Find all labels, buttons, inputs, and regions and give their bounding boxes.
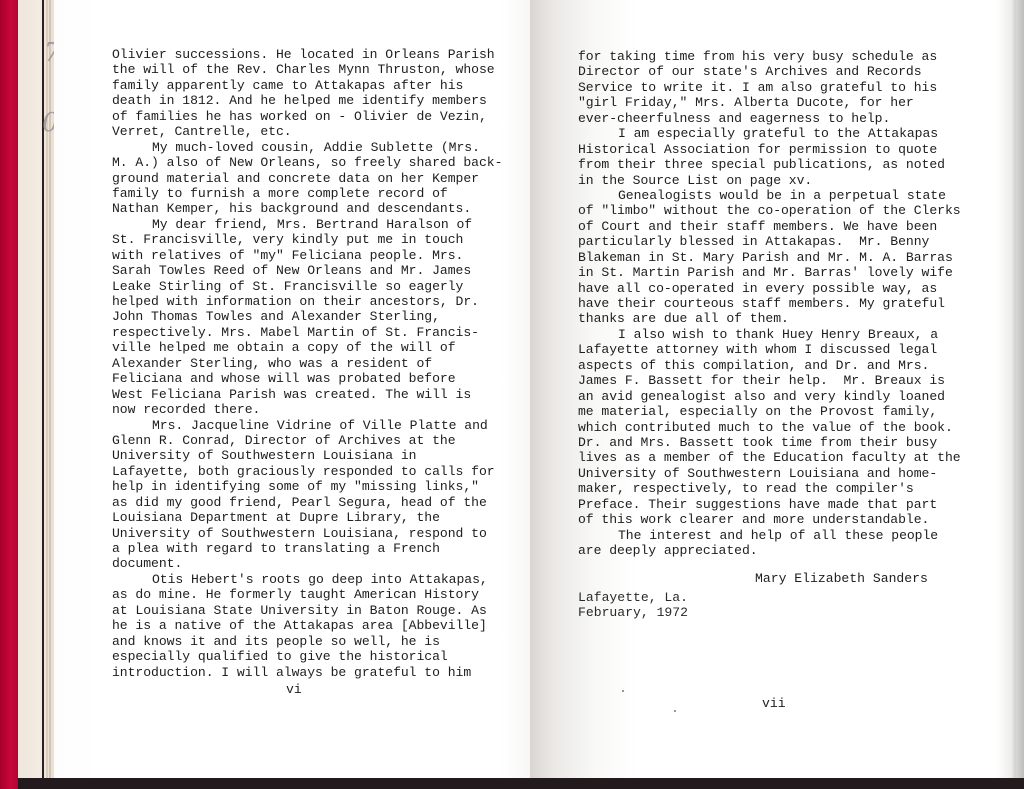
text-line: thanks are due all of them.: [578, 311, 961, 326]
text-line: Otis Hebert's roots go deep into Attakap…: [112, 572, 502, 587]
text-line: M. A.) also of New Orleans, so freely sh…: [112, 155, 502, 170]
text-line: I also wish to thank Huey Henry Breaux, …: [578, 327, 961, 342]
text-line: Preface. Their suggestions have made tha…: [578, 497, 961, 512]
author-signature: Mary Elizabeth Sanders: [755, 571, 928, 586]
text-line: help in identifying some of my "missing …: [112, 479, 502, 494]
text-line: me material, especially on the Provost f…: [578, 404, 961, 419]
text-line: with relatives of "my" Feliciana people.…: [112, 248, 502, 263]
text-line: at Louisiana State University in Baton R…: [112, 603, 502, 618]
text-line: in St. Martin Parish and Mr. Barras' lov…: [578, 265, 961, 280]
text-line: are deeply appreciated.: [578, 543, 961, 558]
text-line: which contributed much to the value of t…: [578, 420, 961, 435]
text-line: Verret, Cantrelle, etc.: [112, 124, 502, 139]
text-line: ville helped me obtain a copy of the wil…: [112, 340, 502, 355]
text-line: West Feliciana Parish was created. The w…: [112, 387, 502, 402]
text-line: particularly blessed in Attakapas. Mr. B…: [578, 234, 961, 249]
text-line: Nathan Kemper, his background and descen…: [112, 201, 502, 216]
text-line: from their three special publications, a…: [578, 157, 961, 172]
text-line: My much-loved cousin, Addie Sublette (Mr…: [112, 140, 502, 155]
text-line: helped with information on their ancesto…: [112, 294, 502, 309]
right-page-edge: [1016, 0, 1024, 778]
text-line: in the Source List on page xv.: [578, 173, 961, 188]
text-line: Lafayette attorney with whom I discussed…: [578, 342, 961, 357]
text-line: Glenn R. Conrad, Director of Archives at…: [112, 433, 502, 448]
text-line: as do mine. He formerly taught American …: [112, 587, 502, 602]
text-line: Leake Stirling of St. Francisville so ea…: [112, 279, 502, 294]
text-line: Dr. and Mrs. Bassett took time from thei…: [578, 435, 961, 450]
place-and-date: Lafayette, La. February, 1972: [578, 590, 688, 621]
text-line: have their courteous staff members. My g…: [578, 296, 961, 311]
text-line: Historical Association for permission to…: [578, 142, 961, 157]
text-line: Sarah Towles Reed of New Orleans and Mr.…: [112, 263, 502, 278]
text-line: Alexander Sterling, who was a resident o…: [112, 356, 502, 371]
text-line: Genealogists would be in a perpetual sta…: [578, 188, 961, 203]
text-line: My dear friend, Mrs. Bertrand Haralson o…: [112, 217, 502, 232]
text-line: as did my good friend, Pearl Segura, hea…: [112, 495, 502, 510]
book-cover-edge: [0, 0, 18, 789]
right-page: for taking time from his very busy sched…: [530, 0, 1016, 778]
text-line: Olivier successions. He located in Orlea…: [112, 47, 502, 62]
text-line: University of Southwestern Louisiana and…: [578, 466, 961, 481]
text-line: lives as a member of the Education facul…: [578, 450, 961, 465]
text-line: maker, respectively, to read the compile…: [578, 481, 961, 496]
left-page: Olivier successions. He located in Orlea…: [54, 0, 530, 778]
text-line: the will of the Rev. Charles Mynn Thrust…: [112, 62, 502, 77]
text-line: introduction. I will always be grateful …: [112, 665, 502, 680]
text-line: Director of our state's Archives and Rec…: [578, 64, 961, 79]
text-line: and knows it and its people so well, he …: [112, 634, 502, 649]
text-line: James F. Bassett for their help. Mr. Bre…: [578, 373, 961, 388]
text-line: respectively. Mrs. Mabel Martin of St. F…: [112, 325, 502, 340]
text-line: University of Southwestern Louisiana, re…: [112, 526, 502, 541]
text-line: Service to write it. I am also grateful …: [578, 80, 961, 95]
place-line: Lafayette, La.: [578, 590, 688, 605]
text-line: of this work clearer and more understand…: [578, 512, 961, 527]
text-line: for taking time from his very busy sched…: [578, 49, 961, 64]
text-line: especially qualified to give the histori…: [112, 649, 502, 664]
text-line: University of Southwestern Louisiana in: [112, 448, 502, 463]
text-line: family to furnish a more complete record…: [112, 186, 502, 201]
text-line: Blakeman in St. Mary Parish and Mr. M. A…: [578, 250, 961, 265]
text-line: a plea with regard to translating a Fren…: [112, 541, 502, 556]
text-line: Lafayette, both graciously responded to …: [112, 464, 502, 479]
page-number-right: vii: [762, 696, 786, 711]
text-line: of Court and their staff members. We hav…: [578, 219, 961, 234]
text-line: an avid genealogist also and very kindly…: [578, 389, 961, 404]
paper-speck: [674, 710, 676, 712]
text-line: have all co-operated in every possible w…: [578, 281, 961, 296]
text-line: aspects of this compilation, and Dr. and…: [578, 358, 961, 373]
text-line: "girl Friday," Mrs. Alberta Ducote, for …: [578, 95, 961, 110]
left-page-body: Olivier successions. He located in Orlea…: [112, 47, 502, 680]
text-line: death in 1812. And he helped me identify…: [112, 93, 502, 108]
date-line: February, 1972: [578, 605, 688, 620]
text-line: now recorded there.: [112, 402, 502, 417]
text-line: Louisiana Department at Dupre Library, t…: [112, 510, 502, 525]
text-line: Feliciana and whose will was probated be…: [112, 371, 502, 386]
text-line: The interest and help of all these peopl…: [578, 528, 961, 543]
text-line: document.: [112, 556, 502, 571]
page-number-left: vi: [286, 682, 302, 697]
right-page-body: for taking time from his very busy sched…: [578, 49, 961, 558]
paper-speck: [622, 690, 624, 692]
text-line: family apparently came to Attakapas afte…: [112, 78, 502, 93]
text-line: he is a native of the Attakapas area [Ab…: [112, 618, 502, 633]
text-line: of families he has worked on - Olivier d…: [112, 109, 502, 124]
scan-bottom-shadow: [18, 778, 1024, 789]
text-line: St. Francisville, very kindly put me in …: [112, 232, 502, 247]
text-line: Mrs. Jacqueline Vidrine of Ville Platte …: [112, 418, 502, 433]
text-line: of "limbo" without the co-operation of t…: [578, 203, 961, 218]
text-line: ever-cheerfulness and eagerness to help.: [578, 111, 961, 126]
text-line: I am especially grateful to the Attakapa…: [578, 126, 961, 141]
text-line: John Thomas Towles and Alexander Sterlin…: [112, 309, 502, 324]
text-line: ground material and concrete data on her…: [112, 171, 502, 186]
